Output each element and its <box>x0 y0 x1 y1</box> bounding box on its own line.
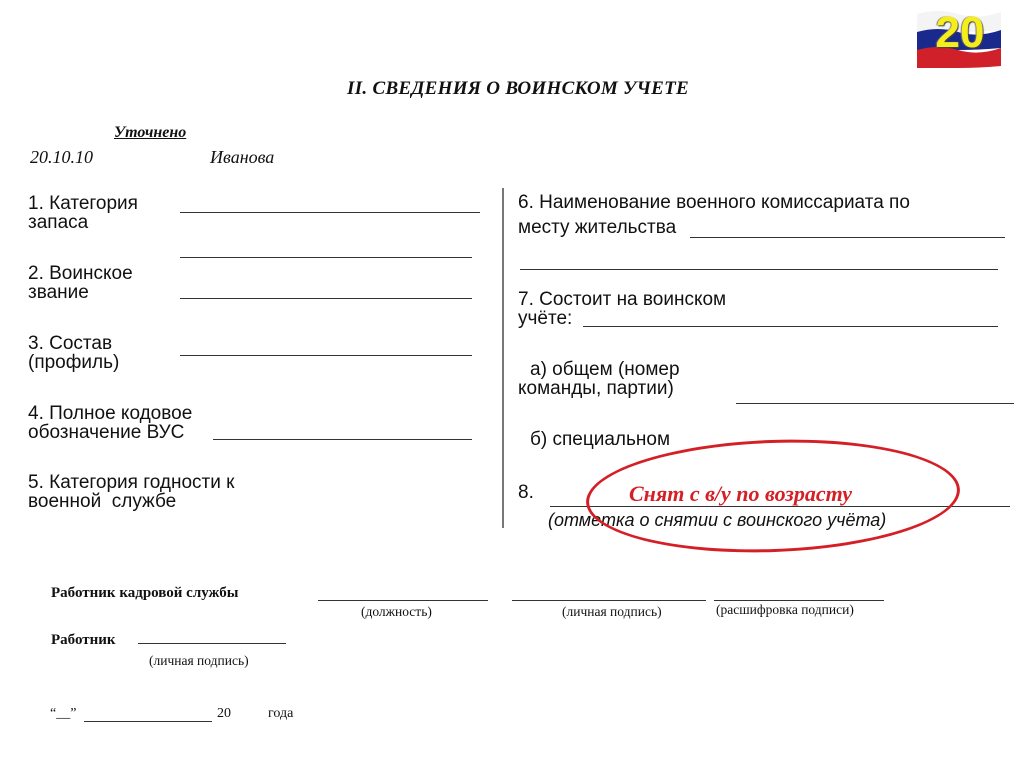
field-6-label-line1: 6. Наименование военного комиссариата по <box>518 190 910 215</box>
field-2-label-line2: звание <box>28 283 133 302</box>
column-divider <box>502 188 504 528</box>
date-century: 20 <box>217 706 231 722</box>
date-year-word: года <box>268 706 293 722</box>
field-7a-label: а) общем (номер команды, партии) <box>518 360 680 398</box>
field-1-label-line1: 1. Категория <box>28 194 138 213</box>
field-7b-label: б) специальном <box>530 430 670 449</box>
field-3-label-line1: 3. Состав <box>28 334 119 353</box>
worker-signature-caption: (личная подпись) <box>149 653 249 669</box>
position-caption: (должность) <box>361 604 432 620</box>
worker-label: Работник <box>51 632 116 649</box>
field-2-input-line-top[interactable] <box>180 257 472 258</box>
field-3-input-line[interactable] <box>180 355 472 356</box>
signature-caption: (личная подпись) <box>562 604 662 620</box>
field-2-label: 2. Воинское звание <box>28 264 133 302</box>
field-7-label: 7. Состоит на воинском учёте: <box>518 290 726 328</box>
field-1-label-line2: запаса <box>28 213 138 232</box>
field-6-label: 6. Наименование военного комиссариата по… <box>518 190 910 240</box>
stamp-circle-highlight <box>584 434 962 559</box>
field-1-input-line[interactable] <box>180 212 480 213</box>
hr-position-line[interactable] <box>318 600 488 601</box>
date-month-line[interactable] <box>84 721 212 722</box>
field-7a-label-line2: команды, партии) <box>518 379 680 398</box>
field-4-input-line[interactable] <box>213 439 472 440</box>
field-3-label-line2: (профиль) <box>28 353 119 372</box>
field-4-label-line1: 4. Полное кодовое <box>28 404 192 423</box>
field-4-label-line2: обозначение ВУС <box>28 423 192 442</box>
hr-signature-line[interactable] <box>512 600 706 601</box>
field-6-input-line[interactable] <box>690 237 1005 238</box>
field-8-number: 8. <box>518 483 534 502</box>
field-1-label: 1. Категория запаса <box>28 194 138 232</box>
field-6-input-line-2[interactable] <box>520 269 998 270</box>
hr-worker-label: Работник кадровой службы <box>51 585 238 602</box>
date-day-quotes: “__” <box>50 706 76 722</box>
clarified-by: Иванова <box>210 147 274 168</box>
field-7-input-line[interactable] <box>583 326 998 327</box>
field-7-label-line1: 7. Состоит на воинском <box>518 290 726 309</box>
clarified-date: 20.10.10 <box>30 147 93 168</box>
field-2-label-line1: 2. Воинское <box>28 264 133 283</box>
field-7a-label-line1: а) общем (номер <box>518 360 680 379</box>
field-5-label-line2: военной службе <box>28 492 234 511</box>
field-5-label: 5. Категория годности к военной службе <box>28 473 234 511</box>
field-2-input-line[interactable] <box>180 298 472 299</box>
decode-caption: (расшифровка подписи) <box>716 602 854 618</box>
field-3-label: 3. Состав (профиль) <box>28 334 119 372</box>
field-5-label-line1: 5. Категория годности к <box>28 473 234 492</box>
clarified-label: Уточнено <box>114 124 186 142</box>
field-7a-input-line[interactable] <box>736 403 1014 404</box>
worker-signature-line[interactable] <box>138 643 286 644</box>
section-title: II. СВЕДЕНИЯ О ВОИНСКОМ УЧЕТЕ <box>347 78 689 100</box>
hr-decode-line[interactable] <box>714 600 884 601</box>
slide-number-badge: 20 <box>918 8 1002 58</box>
field-4-label: 4. Полное кодовое обозначение ВУС <box>28 404 192 442</box>
